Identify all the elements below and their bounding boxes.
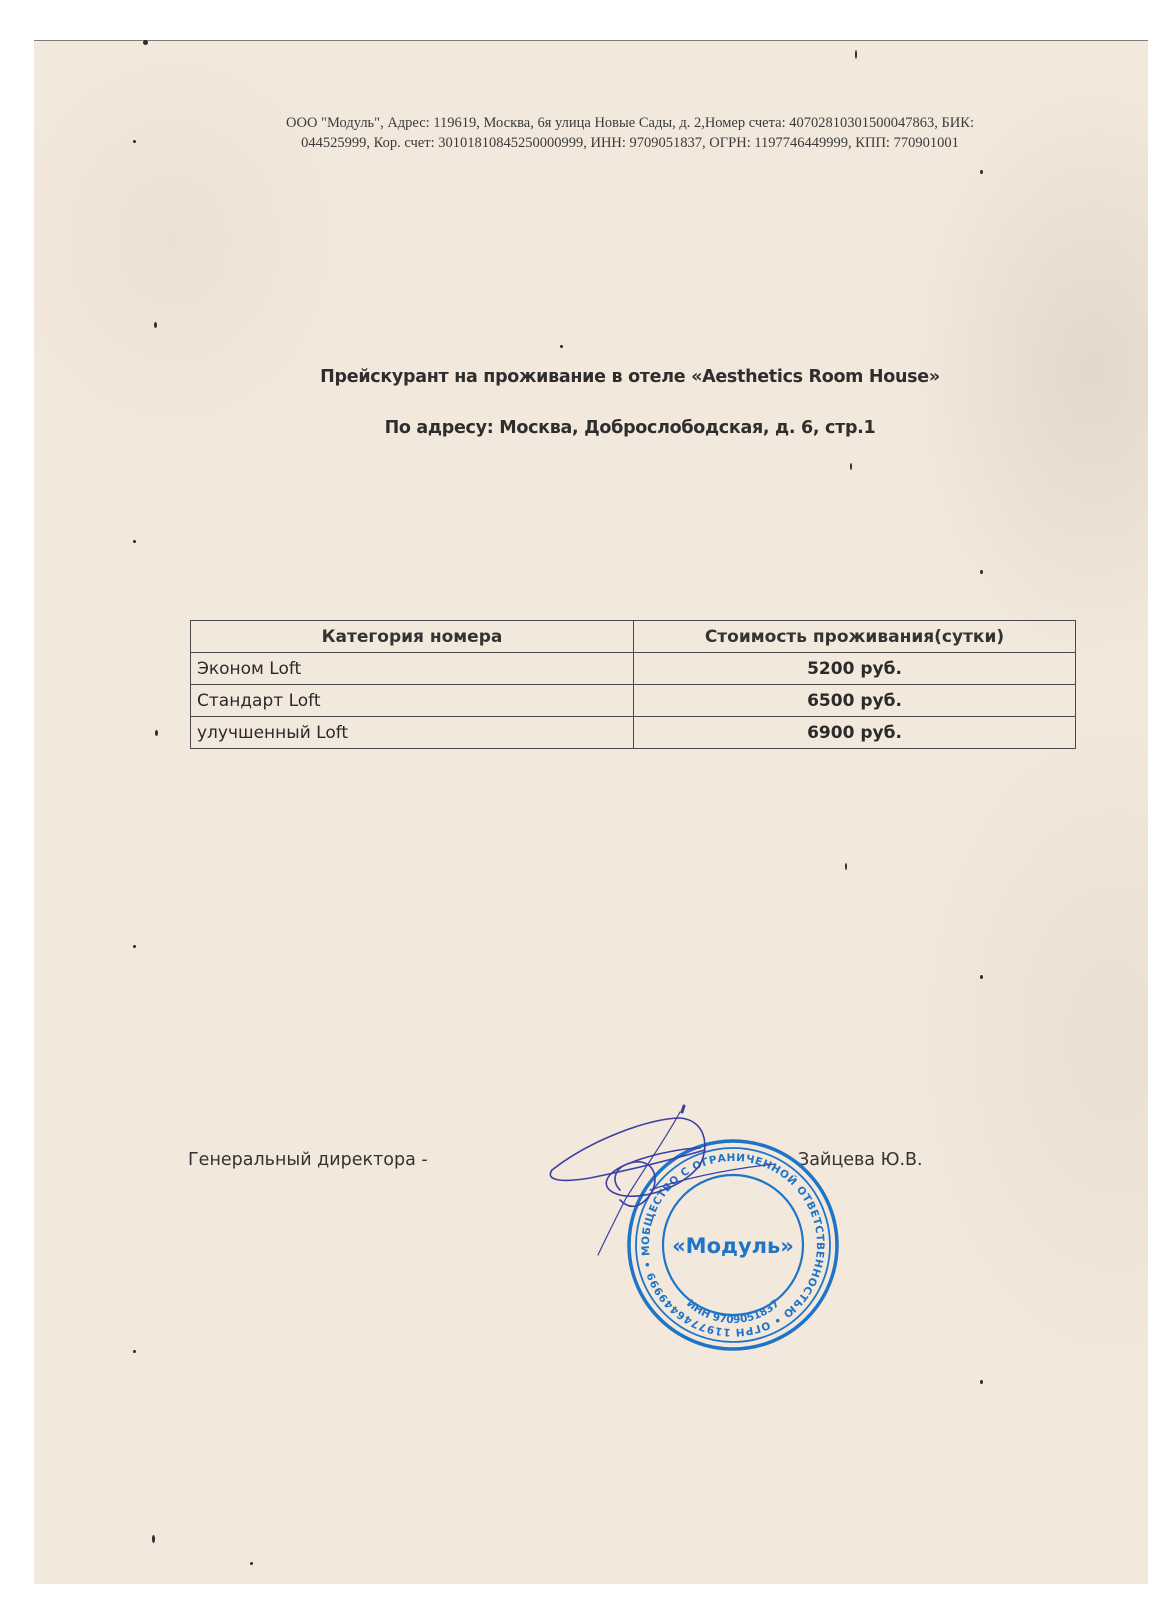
table-row: улучшенный Loft 6900 руб. <box>191 717 1076 749</box>
scan-speck <box>250 1562 253 1565</box>
company-requisites: ООО "Модуль", Адрес: 119619, Москва, 6я … <box>190 113 1070 153</box>
document-title: Прейскурант на проживание в отеле «Aesth… <box>180 367 1080 387</box>
scan-speck <box>154 322 157 328</box>
scan-speck <box>980 570 983 574</box>
scan-speck <box>155 730 158 736</box>
scan-speck <box>143 40 148 45</box>
signatory-position: Генеральный директора - <box>188 1150 428 1170</box>
scan-speck <box>980 1380 983 1384</box>
table-header-row: Категория номера Стоимость проживания(су… <box>191 621 1076 653</box>
room-category: Стандарт Loft <box>191 685 634 717</box>
scan-speck <box>980 975 983 979</box>
requisites-line-1: ООО "Модуль", Адрес: 119619, Москва, 6я … <box>190 113 1070 133</box>
scan-speck <box>560 345 563 348</box>
scan-speck <box>133 945 136 948</box>
scan-speck <box>152 1535 155 1543</box>
price-table: Категория номера Стоимость проживания(су… <box>190 620 1076 749</box>
room-category: улучшенный Loft <box>191 717 634 749</box>
room-category: Эконом Loft <box>191 653 634 685</box>
scan-speck <box>980 170 983 174</box>
scan-speck <box>845 863 847 870</box>
room-price: 6500 руб. <box>634 685 1076 717</box>
hotel-address: По адресу: Москва, Дoбрoслободская, д. 6… <box>180 418 1080 438</box>
room-price: 6900 руб. <box>634 717 1076 749</box>
scan-speck <box>850 463 852 470</box>
document-page <box>34 40 1148 1584</box>
room-price: 5200 руб. <box>634 653 1076 685</box>
scan-speck <box>133 1350 136 1353</box>
scan-speck <box>855 50 857 59</box>
scan-speck <box>133 540 136 543</box>
table-row: Эконом Loft 5200 руб. <box>191 653 1076 685</box>
signature-scribble <box>530 1090 780 1270</box>
column-header-price: Стоимость проживания(сутки) <box>634 621 1076 653</box>
scan-speck <box>133 140 136 143</box>
requisites-line-2: 044525999, Кор. счет: 301018108452500009… <box>190 133 1070 153</box>
table-row: Стандарт Loft 6500 руб. <box>191 685 1076 717</box>
column-header-category: Категория номера <box>191 621 634 653</box>
